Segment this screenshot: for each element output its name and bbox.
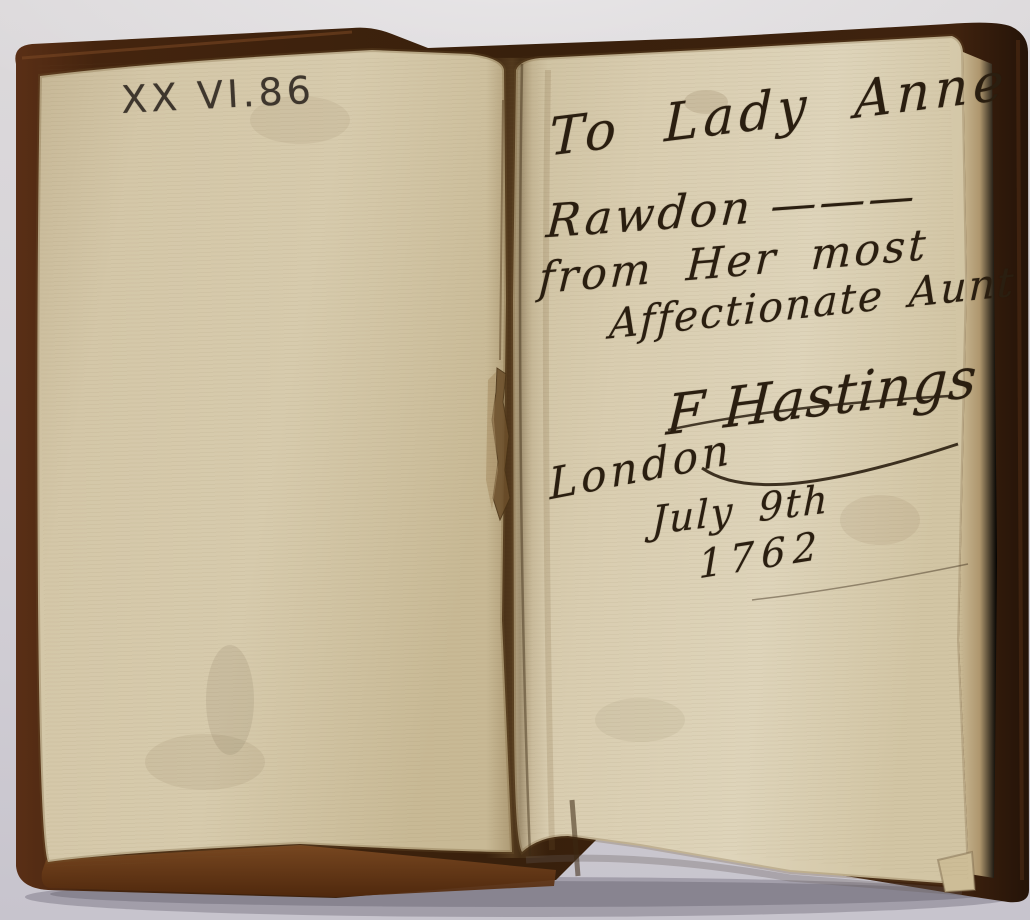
ink-flourishes [0, 0, 1030, 920]
signature-underline-flourish [702, 444, 958, 485]
photo-open-book: XX VI.86 To Lady Anne Rawdon ——— from He… [0, 0, 1030, 920]
